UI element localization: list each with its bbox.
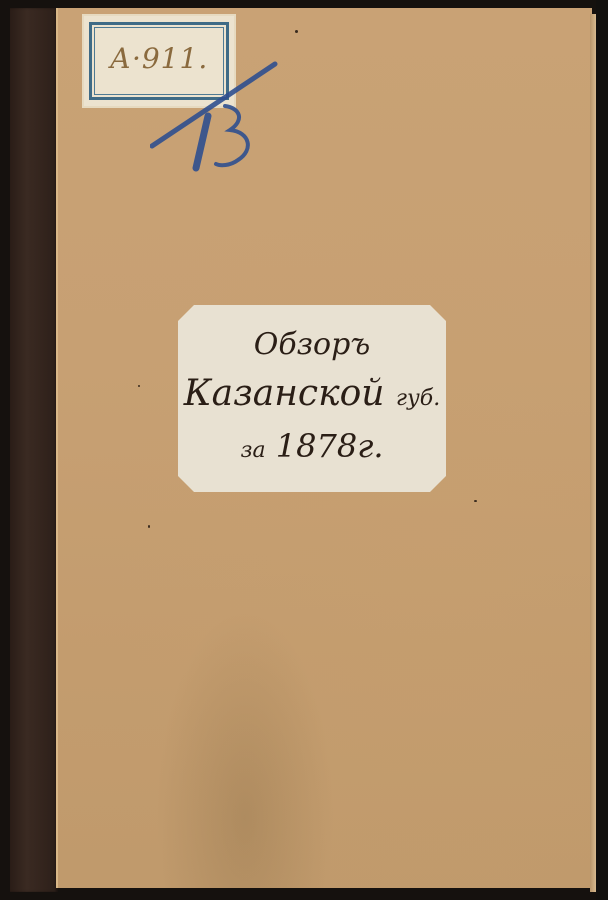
book-spine [10,8,58,892]
title-label: Обзоръ Казанской губ. за 1878г. [178,305,446,492]
paper-speck [148,525,150,528]
paper-speck [474,500,477,502]
paper-speck [138,385,140,387]
title-province-name: Казанской [184,373,385,414]
paper-speck [295,30,298,33]
title-line-review: Обзоръ [178,327,446,362]
title-province-abbr: губ. [396,386,440,411]
title-line-year: за 1878г. [178,427,446,465]
title-year-prefix: за [240,438,265,463]
blue-pencil-mark-icon [150,58,285,178]
scan-border [596,0,608,900]
title-line-province: Казанской губ. [178,373,446,414]
title-year: 1878г. [276,427,384,465]
